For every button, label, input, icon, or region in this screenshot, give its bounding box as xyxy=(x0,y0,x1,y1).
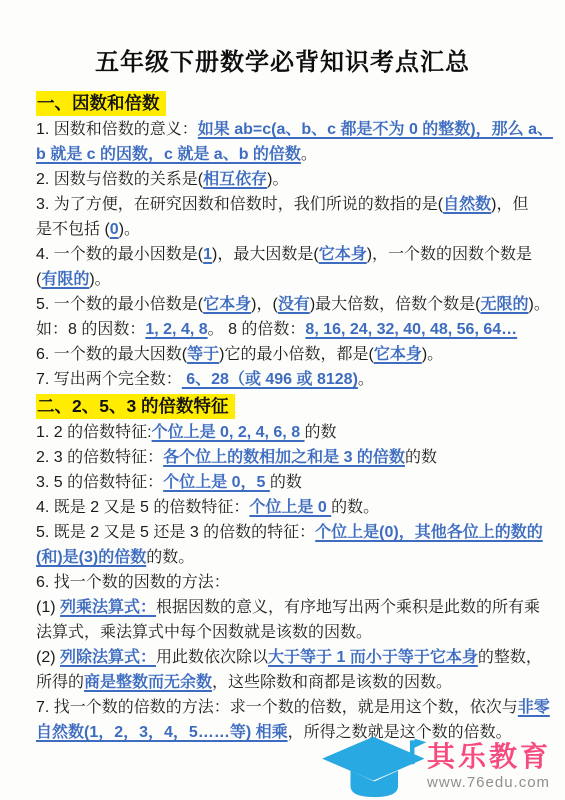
text-run: 的数 xyxy=(305,424,337,441)
text-run: (1) xyxy=(36,599,60,616)
graduation-cap-icon xyxy=(319,734,435,798)
text-run: )，但 xyxy=(491,196,528,213)
answer-blank: 无限的 xyxy=(481,296,529,313)
text-line: 7. 写出两个完全数： 6、28（或 496 或 8128)。 xyxy=(36,367,545,392)
text-run: 。 xyxy=(358,371,374,388)
brand-name: 其乐教育 xyxy=(427,742,551,772)
text-line: (1) 列乘法算式：根据因数的意义，有序地写出两个乘积是此数的所有乘 xyxy=(36,595,545,620)
answer-blank: 1 xyxy=(203,246,212,263)
text-run: 。 8 的倍数： xyxy=(208,321,306,338)
answer-blank: 它本身 xyxy=(319,246,367,263)
text-line: 1. 因数和倍数的意义：如果 ab=c(a、b、c 都是不为 0 的整数)，那么… xyxy=(36,117,545,142)
text-run: )。 xyxy=(267,171,288,188)
text-line: (有限的)。 xyxy=(36,267,545,292)
text-run: 的数 xyxy=(270,474,302,491)
text-run: 2. 因数与倍数的关系是( xyxy=(36,171,203,188)
answer-blank: 各个位上的数相加之和是 3 的倍数 xyxy=(163,449,405,466)
text-run: 所得的 xyxy=(36,674,84,691)
text-run: (2) xyxy=(36,649,60,666)
text-line: (2) 列除法算式：用此数依次除以大于等于 1 而小于等于它本身的整数， xyxy=(36,645,545,670)
text-line: (和)是(3)的倍数的数。 xyxy=(36,545,545,570)
answer-blank: 如果 ab=c(a、b、c 都是不为 0 的整数)，那么 a、 xyxy=(198,121,553,138)
answer-blank: 1, 2, 4, 8 xyxy=(145,321,207,338)
text-run: 4. 一个数的最小因数是( xyxy=(36,246,203,263)
text-run: 是不包括 ( xyxy=(36,221,110,238)
answer-blank: 等于 xyxy=(187,346,219,363)
text-run: 如：8 的因数： xyxy=(36,321,145,338)
answer-blank: 个位上是(0)，其他各位上的数的 xyxy=(315,524,543,541)
answer-blank: b 就是 c 的因数，c 就是 a、b 的倍数 xyxy=(36,146,301,163)
text-line: 是不包括 (0)。 xyxy=(36,217,545,242)
text-run: 3. 为了方便，在研究因数和倍数时，我们所说的数指的是( xyxy=(36,196,443,213)
text-run: 6. 一个数的最大因数( xyxy=(36,346,187,363)
text-line: 所得的商是整数而无余数，这些除数和商都是该数的因数。 xyxy=(36,670,545,695)
text-run: 4. 既是 2 又是 5 的倍数特征： xyxy=(36,499,249,516)
text-line: 1. 2 的倍数特征:个位上是 0, 2, 4, 6, 8 的数 xyxy=(36,420,545,445)
text-line: 3. 5 的倍数特征：个位上是 0，5 的数 xyxy=(36,470,545,495)
text-line: b 就是 c 的因数，c 就是 a、b 的倍数。 xyxy=(36,142,545,167)
brand-website: www.76edu.com xyxy=(427,774,551,791)
answer-blank: 没有 xyxy=(278,296,310,313)
page-title: 五年级下册数学必背知识考点汇总 xyxy=(10,42,555,77)
document-body: 一、因数和倍数1. 因数和倍数的意义：如果 ab=c(a、b、c 都是不为 0 … xyxy=(36,89,545,745)
text-line: 2. 因数与倍数的关系是(相互依存)。 xyxy=(36,167,545,192)
text-run: 的数 xyxy=(405,449,437,466)
text-line: 如：8 的因数：1, 2, 4, 8。 8 的倍数：8, 16, 24, 32,… xyxy=(36,317,545,342)
text-run: 的数。 xyxy=(331,499,379,516)
text-run: 。 xyxy=(301,146,317,163)
text-line: 4. 一个数的最小因数是(1)，最大因数是(它本身)，一个数的因数个数是 xyxy=(36,242,545,267)
text-run: 根据因数的意义，有序地写出两个乘积是此数的所有乘 xyxy=(156,599,540,616)
text-line: 2. 3 的倍数特征：各个位上的数相加之和是 3 的倍数的数 xyxy=(36,445,545,470)
text-run: )，( xyxy=(251,296,278,313)
text-line: 法算式，乘法算式中每个因数就是该数的因数。 xyxy=(36,620,545,645)
text-line: 6. 一个数的最大因数(等于)它的最小倍数，都是(它本身)。 xyxy=(36,342,545,367)
answer-blank: 自然数 xyxy=(443,196,491,213)
text-line: 3. 为了方便，在研究因数和倍数时，我们所说的数指的是(自然数)，但 xyxy=(36,192,545,217)
text-line: 6. 找一个数的因数的方法： xyxy=(36,570,545,595)
text-run: 用此数依次除以 xyxy=(156,649,268,666)
answer-blank: 非零 xyxy=(518,699,550,716)
brand-logo: 其乐教育 www.76edu.com xyxy=(319,734,551,798)
page: { "page": { "title": "五年级下册数学必背知识考点汇总" }… xyxy=(0,0,565,800)
text-run: ，这些除数和商都是该数的因数。 xyxy=(212,674,452,691)
text-run: 6. 找一个数的因数的方法： xyxy=(36,574,230,591)
answer-blank: 有限的 xyxy=(41,271,89,288)
text-run: )。 xyxy=(89,271,110,288)
text-run: )最大倍数，倍数个数是( xyxy=(310,296,481,313)
text-run: )。 xyxy=(119,221,140,238)
text-run: 7. 找一个数的倍数的方法：求一个数的倍数，就是用这个数，依次与 xyxy=(36,699,518,716)
text-run: )它的最小倍数，都是( xyxy=(219,346,374,363)
brand-text-block: 其乐教育 www.76edu.com xyxy=(427,734,551,791)
answer-blank: (和)是(3)的倍数 xyxy=(36,549,146,566)
text-run: 5. 既是 2 又是 5 还是 3 的倍数的特征： xyxy=(36,524,315,541)
text-line: 5. 既是 2 又是 5 还是 3 的倍数的特征：个位上是(0)，其他各位上的数… xyxy=(36,520,545,545)
text-run: )。 xyxy=(422,346,443,363)
answer-blank: 列乘法算式： xyxy=(60,599,156,616)
text-run: )，一个数的因数个数是 xyxy=(367,246,532,263)
answer-blank: 8, 16, 24, 32, 40, 48, 56, 64… xyxy=(305,321,517,338)
answer-blank: 个位上是 0，5 xyxy=(163,474,270,491)
text-run: 7. 写出两个完全数： xyxy=(36,371,182,388)
answer-blank: 它本身 xyxy=(203,296,251,313)
text-run: 1. 2 的倍数特征: xyxy=(36,424,152,441)
section-heading: 二、2、5、3 的倍数特征 xyxy=(36,394,235,419)
text-run: 1. 因数和倍数的意义： xyxy=(36,121,198,138)
answer-blank: 商是整数而无余数 xyxy=(84,674,212,691)
answer-blank: 0 xyxy=(110,221,119,238)
text-line: 4. 既是 2 又是 5 的倍数特征：个位上是 0 的数。 xyxy=(36,495,545,520)
text-run: 法算式，乘法算式中每个因数就是该数的因数。 xyxy=(36,624,372,641)
text-run: 5. 一个数的最小倍数是( xyxy=(36,296,203,313)
answer-blank: 自然数(1，2，3，4，5……等) 相乘 xyxy=(36,724,288,741)
text-run: 2. 3 的倍数特征： xyxy=(36,449,163,466)
text-run: )，最大因数是( xyxy=(212,246,319,263)
text-run: )。 xyxy=(529,296,550,313)
answer-blank: 相互依存 xyxy=(203,171,267,188)
answer-blank: 它本身 xyxy=(374,346,422,363)
answer-blank: 6、28（或 496 或 8128) xyxy=(182,371,358,388)
text-run: 3. 5 的倍数特征： xyxy=(36,474,163,491)
answer-blank: 个位上是 0 xyxy=(249,499,331,516)
text-run: 的数。 xyxy=(146,549,194,566)
section-heading: 一、因数和倍数 xyxy=(36,91,166,116)
answer-blank: 个位上是 0, 2, 4, 6, 8 xyxy=(152,424,305,441)
answer-blank: 大于等于 1 而小于等于它本身 xyxy=(268,649,478,666)
text-line: 7. 找一个数的倍数的方法：求一个数的倍数，就是用这个数，依次与非零 xyxy=(36,695,545,720)
text-line: 5. 一个数的最小倍数是(它本身)，(没有)最大倍数，倍数个数是(无限的)。 xyxy=(36,292,545,317)
text-run: 的整数， xyxy=(478,649,542,666)
answer-blank: 列除法算式： xyxy=(60,649,156,666)
